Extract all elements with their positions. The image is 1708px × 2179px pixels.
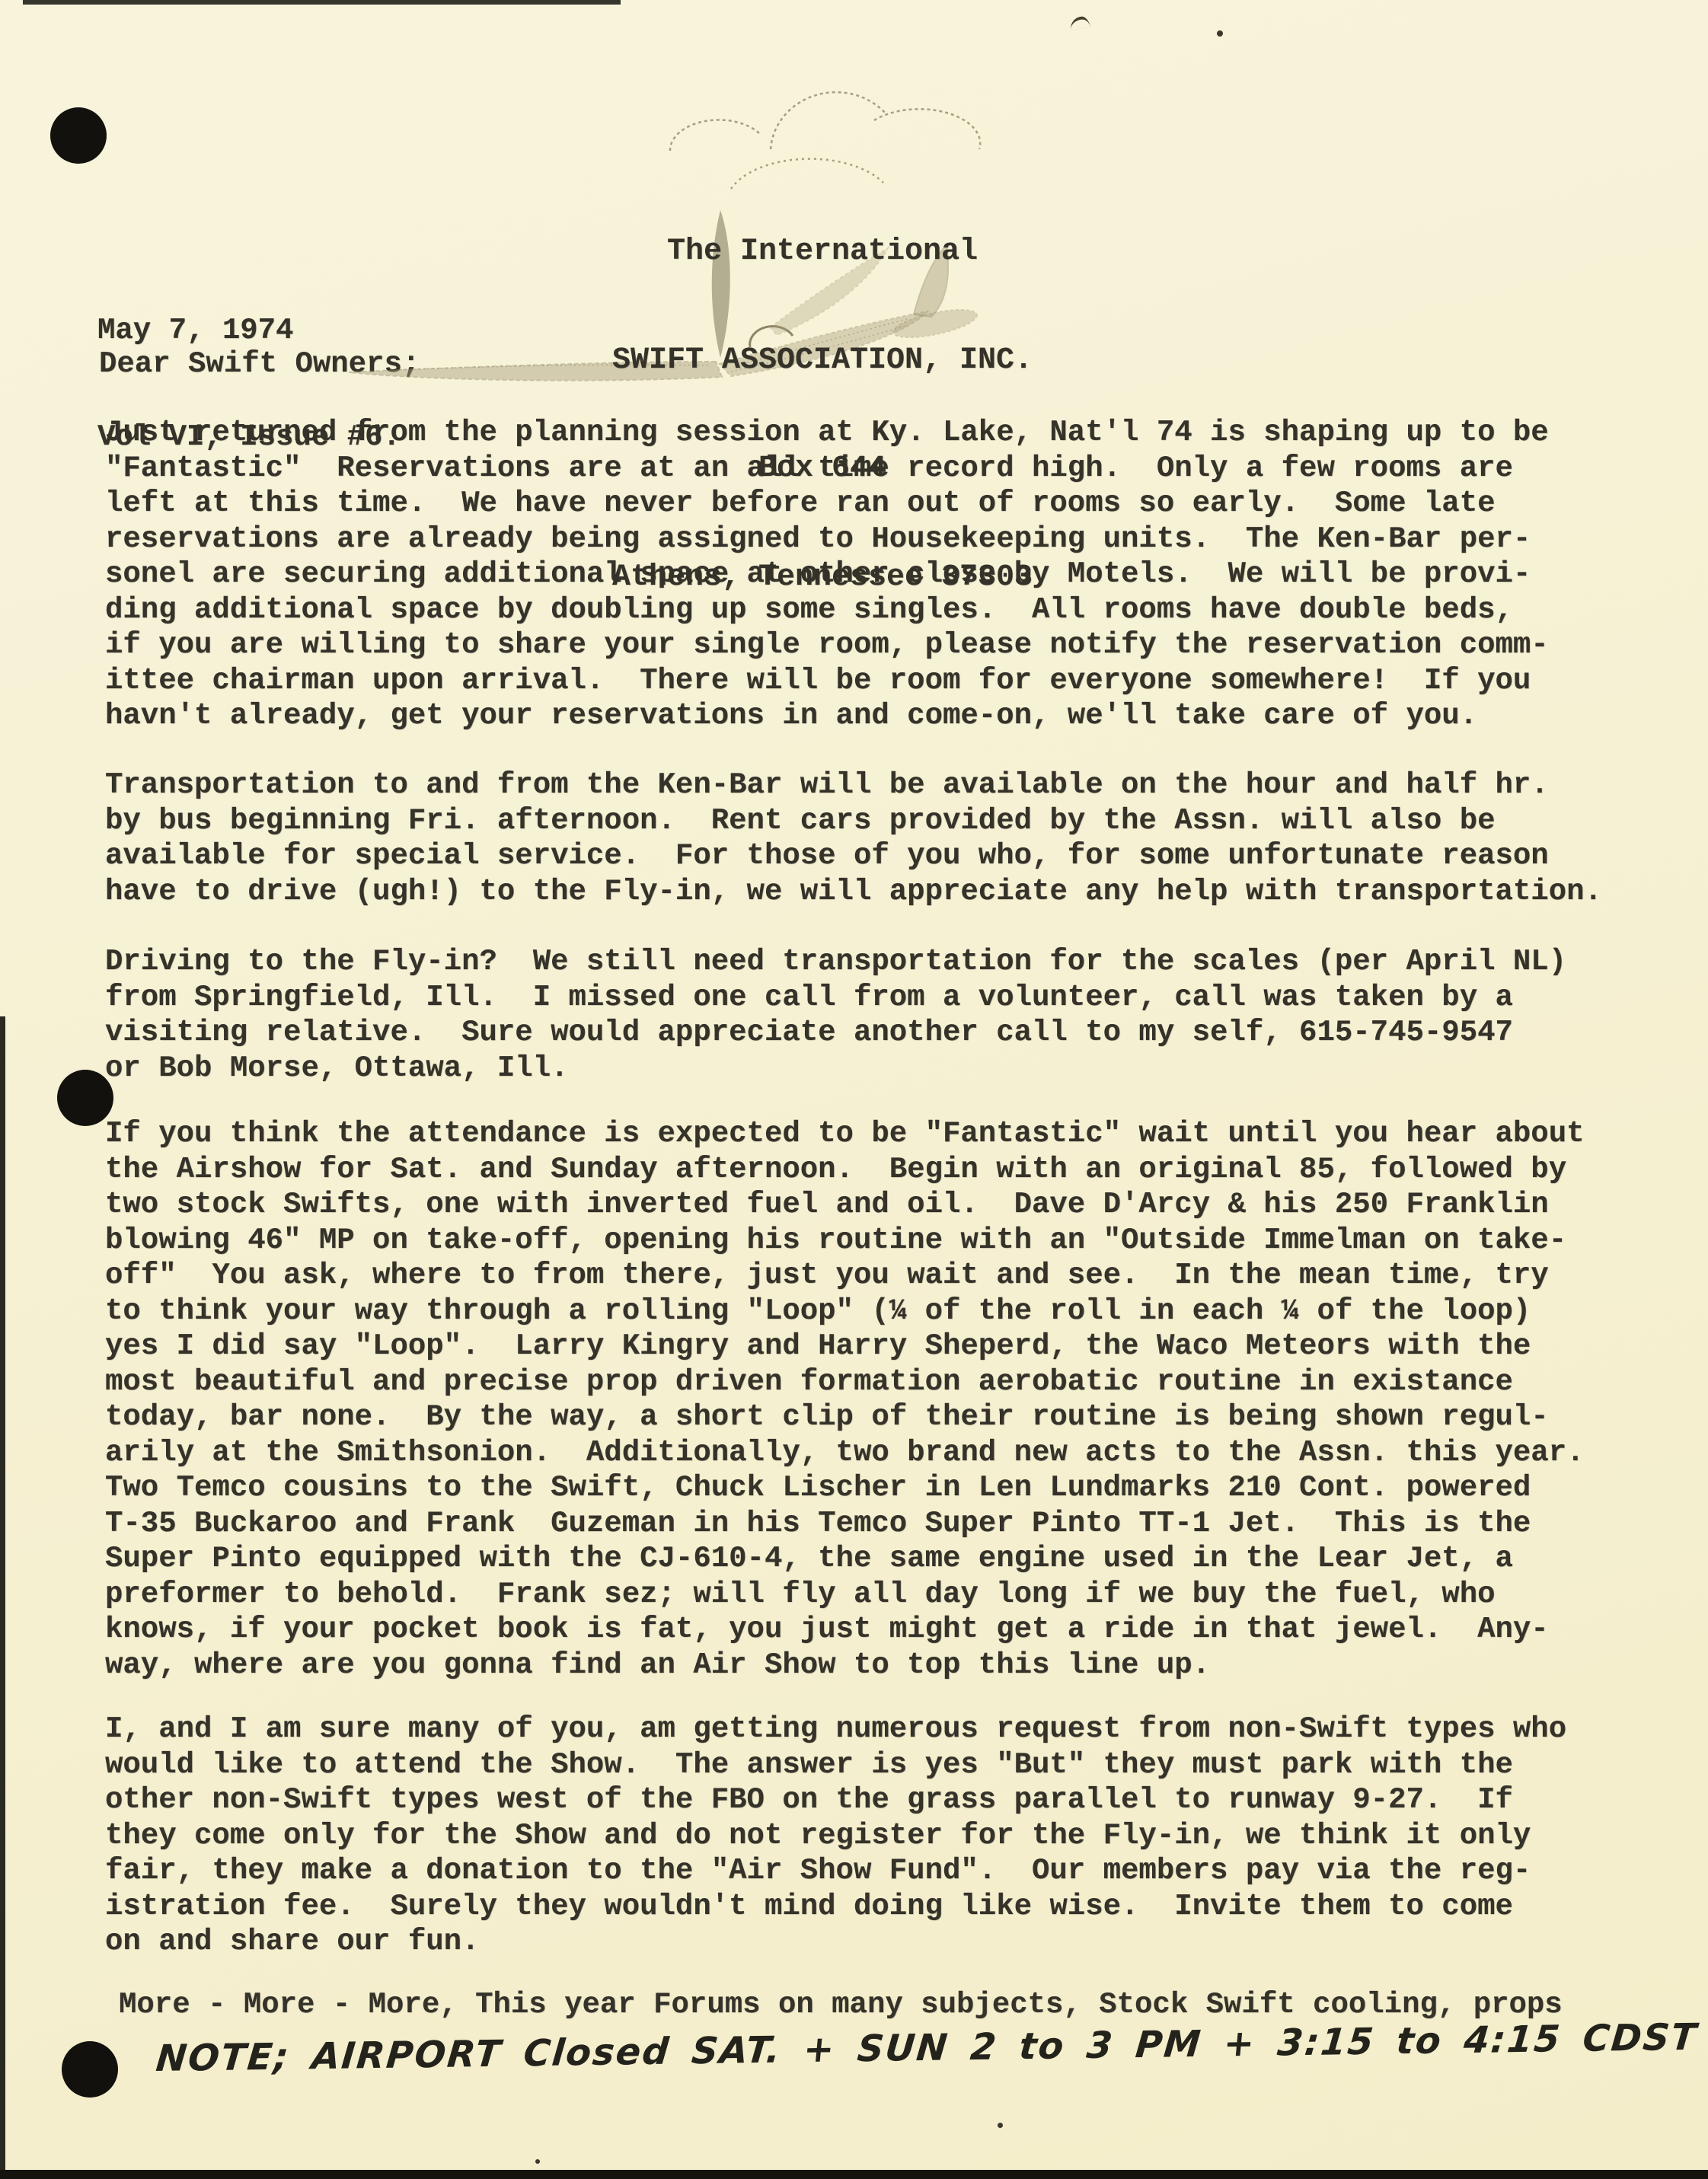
scan-edge-bottom [0, 2170, 1708, 2179]
handwritten-note: NOTE; AIRPORT Closed SAT. + SUN 2 to 3 P… [155, 2016, 1689, 2080]
scan-speck [535, 2159, 540, 2164]
letterhead-line-2: SWIFT ASSOCIATION, INC. [442, 343, 1203, 379]
scan-speck [998, 2123, 1003, 2128]
paragraph-driving: Driving to the Fly-in? We still need tra… [105, 944, 1566, 1086]
scan-speck [1217, 30, 1223, 37]
punch-hole-bottom [62, 2041, 118, 2098]
punch-hole-top [50, 107, 107, 164]
paragraph-airshow: If you think the attendance is expected … [105, 1116, 1585, 1683]
paragraph-transportation: Transportation to and from the Ken-Bar w… [105, 767, 1602, 909]
scan-squiggle-mark [1069, 15, 1090, 30]
letterhead-line-1: The International [442, 234, 1203, 270]
paragraph-more-forums: More - More - More, This year Forums on … [119, 1987, 1563, 2023]
paragraph-non-swift-visitors: I, and I am sure many of you, am getting… [105, 1712, 1566, 1960]
newsletter-page: The International SWIFT ASSOCIATION, INC… [0, 0, 1708, 2179]
scan-edge-top [23, 0, 621, 5]
scan-edge-left [0, 1016, 5, 2179]
paragraph-reservations: Just returned from the planning session … [105, 415, 1549, 734]
